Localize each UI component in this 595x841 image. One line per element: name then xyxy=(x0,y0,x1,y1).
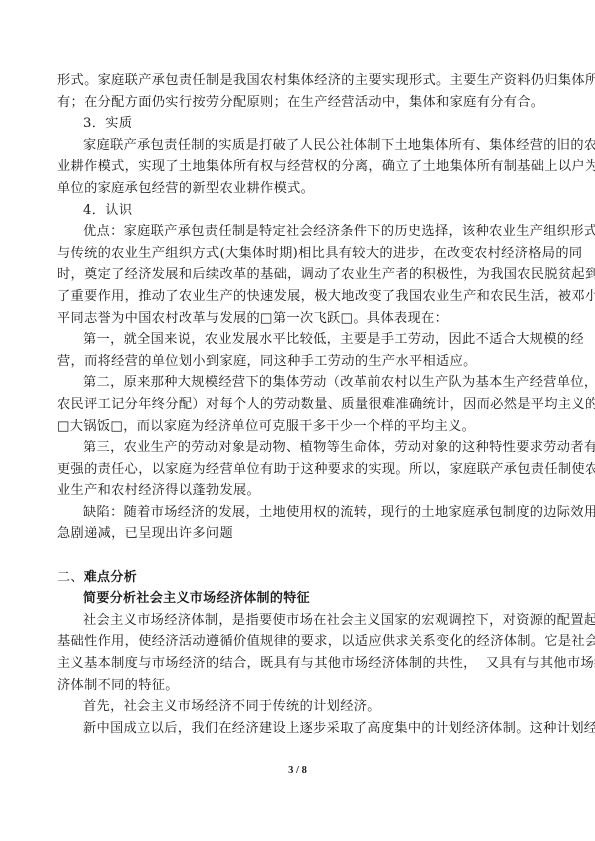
text-line: 业耕作模式，实现了土地集体所有权与经营权的分离，确立了土地集体所有制基础上以户为 xyxy=(57,156,538,178)
text-line: 急剧递减，已呈现出许多问题 xyxy=(57,523,538,545)
document-page: 形式。家庭联产承包责任制是我国农村集体经济的主要实现形式。主要生产资料仍归集体所… xyxy=(57,70,538,739)
text-line: 第一，就全国来说，农业发展水平比较低，主要是手工劳动，因此不适合大规模的经 xyxy=(57,329,538,351)
text-line: 农民评工记分年终分配）对每个人的劳动数量、质量很难准确统计，因而必然是平均主义的 xyxy=(57,394,538,416)
text-line: 单位的家庭承包经营的新型农业耕作模式。 xyxy=(57,178,538,200)
text-line: 首先，社会主义市场经济不同于传统的计划经济。 xyxy=(57,696,538,718)
text-line: 社会主义市场经济体制，是指要使市场在社会主义国家的宏观调控下，对资源的配置起 xyxy=(57,610,538,632)
subsection-heading-essence: 3．实质 xyxy=(57,113,538,135)
section-title: 难点分析 xyxy=(84,570,137,585)
text-line: 营，而将经营的单位划小到家庭，同这种手工劳动的生产水平相适应。 xyxy=(57,351,538,373)
text-line: 优点：家庭联产承包责任制是特定社会经济条件下的历史选择，该种农业生产组织形式 xyxy=(57,221,538,243)
section-heading: 二、难点分析 xyxy=(57,567,538,589)
text-line: 基础性作用，使经济活动遵循价值规律的要求，以适应供求关系变化的经济体制。它是社会 xyxy=(57,631,538,653)
text-line: 与传统的农业生产组织方式(大集体时期)相比具有较大的进步，在改变农村经济格局的同 xyxy=(57,243,538,265)
page-number: 3 / 8 xyxy=(0,765,595,776)
subheading: 简要分析社会主义市场经济体制的特征 xyxy=(57,588,538,610)
text-line: 更强的责任心，以家庭为经营单位有助于这种要求的实现。所以，家庭联产承包责任制使农 xyxy=(57,459,538,481)
text-line: 家庭联产承包责任制的实质是打破了人民公社体制下土地集体所有、集体经营的旧的农 xyxy=(57,135,538,157)
text-line: 缺陷：随着市场经济的发展，土地使用权的流转，现行的土地家庭承包制度的边际效用 xyxy=(57,502,538,524)
text-line: □大锅饭□，而以家庭为经济单位可克服干多干少一个样的平均主义。 xyxy=(57,416,538,438)
text-line: 第三，农业生产的劳动对象是动物、植物等生命体，劳动对象的这种特性要求劳动者有 xyxy=(57,437,538,459)
text-line: 形式。家庭联产承包责任制是我国农村集体经济的主要实现形式。主要生产资料仍归集体所 xyxy=(57,70,538,92)
section-number: 二、 xyxy=(57,570,84,585)
text-line: 有；在分配方面仍实行按劳分配原则；在生产经营活动中，集体和家庭有分有合。 xyxy=(57,92,538,114)
text-line: 了重要作用，推动了农业生产的快速发展，极大地改变了我国农业生产和农民生活，被邓小 xyxy=(57,286,538,308)
spacer xyxy=(57,545,538,567)
text-line: 新中国成立以后，我们在经济建设上逐步采取了高度集中的计划经济体制。这种计划经 xyxy=(57,718,538,740)
text-line: 第二，原来那种大规模经营下的集体劳动（改革前农村以生产队为基本生产经营单位， xyxy=(57,372,538,394)
subsection-heading-understanding: 4．认识 xyxy=(57,200,538,222)
text-line: 平同志誉为中国农村改革与发展的□第一次飞跃□。具体表现在： xyxy=(57,308,538,330)
text-line: 主义基本制度与市场经济的结合，既具有与其他市场经济体制的共性， 又具有与其他市场… xyxy=(57,653,538,675)
text-line: 济体制不同的特征。 xyxy=(57,675,538,697)
text-line: 业生产和农村经济得以蓬勃发展。 xyxy=(57,480,538,502)
text-line: 时，奠定了经济发展和后续改革的基础，调动了农业生产者的积极性，为我国农民脱贫起到 xyxy=(57,264,538,286)
